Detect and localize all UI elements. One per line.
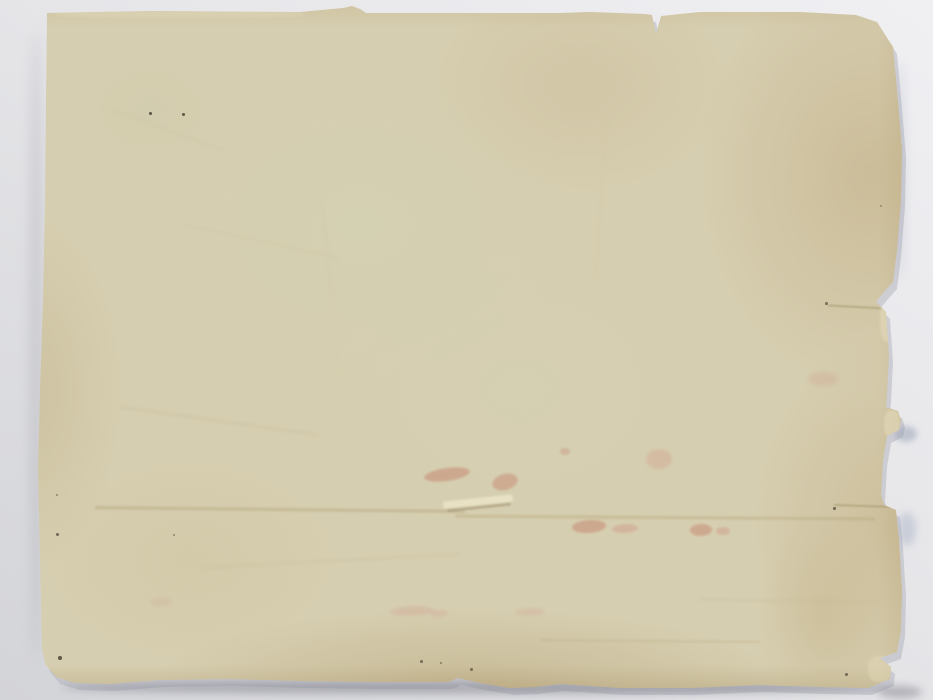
speck	[825, 302, 828, 305]
speck	[56, 533, 59, 536]
speck	[845, 673, 848, 676]
stain	[646, 449, 672, 469]
stain	[808, 372, 838, 386]
speck	[58, 656, 62, 660]
stain	[560, 448, 570, 455]
paper-sheet	[0, 0, 933, 700]
photo-of-aged-paper	[0, 0, 933, 700]
contact-shadow	[878, 686, 922, 698]
speck	[833, 507, 836, 510]
stain	[430, 610, 448, 617]
stain	[716, 527, 730, 535]
speck	[470, 668, 473, 671]
speck	[182, 113, 185, 116]
contact-shadow	[898, 512, 916, 546]
paper-mottle	[0, 0, 933, 700]
speck	[420, 660, 423, 663]
